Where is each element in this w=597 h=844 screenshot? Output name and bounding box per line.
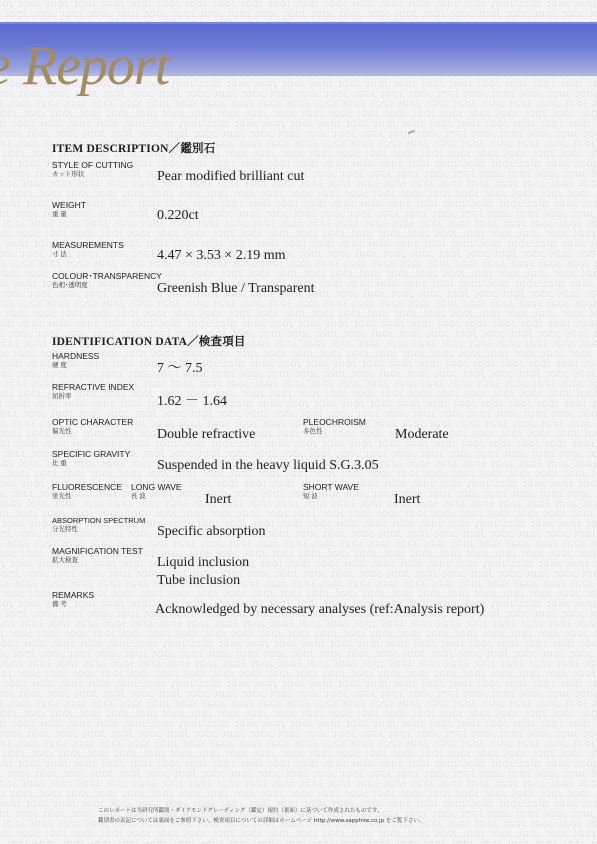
label-jp: 短 波 <box>303 494 359 501</box>
remarks-label: REMARKS 備 考 <box>52 591 94 608</box>
label-en: ABSORPTION SPECTRUM <box>52 516 145 525</box>
style-of-cutting-label: STYLE OF CUTTING カット形状 <box>52 161 133 178</box>
colour-transparency-label: COLOUR･TRANSPARENCY 色相･透明度 <box>52 272 162 289</box>
label-en: PLEOCHROISM <box>303 417 366 427</box>
optic-character-value: Double refractive <box>157 428 255 442</box>
label-en: COLOUR･TRANSPARENCY <box>52 271 162 281</box>
label-jp: 備 考 <box>52 602 94 609</box>
label-en: REFRACTIVE INDEX <box>52 382 134 392</box>
short-wave-label: SHORT WAVE 短 波 <box>303 483 359 500</box>
label-en: STYLE OF CUTTING <box>52 160 133 170</box>
remarks-value: Acknowledged by necessary analyses (ref:… <box>155 603 484 617</box>
label-en: SHORT WAVE <box>303 482 359 492</box>
label-jp: 分光特性 <box>52 527 145 534</box>
colour-transparency-value: Greenish Blue / Transparent <box>157 282 314 296</box>
long-wave-value: Inert <box>205 493 231 507</box>
footer-line-1: このレポートは当研究所鑑別・ダイアモンドグレーディング（鑑定）規約（裏面）に基づ… <box>98 806 424 816</box>
label-en: FLUORESCENCE <box>52 482 122 492</box>
footer-line-2: 鑑別書の表記については裏面をご参照下さい。検査項目についての詳細はホームページ … <box>98 816 424 826</box>
measurements-label: MEASUREMENTS 寸 法 <box>52 241 124 258</box>
label-en: MEASUREMENTS <box>52 240 124 250</box>
label-en: LONG WAVE <box>131 482 182 492</box>
absorption-spectrum-label: ABSORPTION SPECTRUM 分光特性 <box>52 517 145 533</box>
label-en: HARDNESS <box>52 351 99 361</box>
pleochroism-value: Moderate <box>395 428 449 442</box>
label-en: WEIGHT <box>52 200 86 210</box>
label-en: OPTIC CHARACTER <box>52 417 133 427</box>
short-wave-value: Inert <box>394 493 420 507</box>
optic-character-label: OPTIC CHARACTER 偏光性 <box>52 418 133 435</box>
weight-label: WEIGHT 重 量 <box>52 201 86 218</box>
refractive-index-label: REFRACTIVE INDEX 屈折率 <box>52 383 134 400</box>
label-jp: 偏光性 <box>52 429 133 436</box>
label-jp: 蛍光性 <box>52 494 122 501</box>
label-jp: 拡大検査 <box>52 558 143 565</box>
footer-notice: このレポートは当研究所鑑別・ダイアモンドグレーディング（鑑定）規約（裏面）に基づ… <box>98 806 424 826</box>
label-jp: 屈折率 <box>52 394 134 401</box>
label-jp: 硬 度 <box>52 363 99 370</box>
style-of-cutting-value: Pear modified brilliant cut <box>157 170 304 184</box>
label-jp: 多色性 <box>303 429 366 436</box>
hardness-value: 7 〜 7.5 <box>157 362 203 376</box>
specific-gravity-label: SPECIFIC GRAVITY 比 重 <box>52 450 130 467</box>
label-jp: 長 波 <box>131 494 182 501</box>
label-jp: 比 重 <box>52 461 130 468</box>
magnification-test-value-2: Tube inclusion <box>157 574 240 588</box>
magnification-test-value-1: Liquid inclusion <box>157 556 249 570</box>
item-description-heading: ITEM DESCRIPTION／鑑別石 <box>52 140 215 156</box>
hardness-label: HARDNESS 硬 度 <box>52 352 99 369</box>
identification-data-heading: IDENTIFICATION DATA／検査項目 <box>52 333 246 349</box>
specific-gravity-value: Suspended in the heavy liquid S.G.3.05 <box>157 459 379 473</box>
scan-mark <box>408 130 415 134</box>
label-en: REMARKS <box>52 590 94 600</box>
absorption-spectrum-value: Specific absorption <box>157 525 265 539</box>
label-jp: 色相･透明度 <box>52 283 162 290</box>
magnification-test-label: MAGNIFICATION TEST 拡大検査 <box>52 547 143 564</box>
label-jp: 寸 法 <box>52 252 124 259</box>
label-en: SPECIFIC GRAVITY <box>52 449 130 459</box>
weight-value: 0.220ct <box>157 209 199 223</box>
refractive-index-value: 1.62 － 1.64 <box>157 395 227 409</box>
measurements-value: 4.47 × 3.53 × 2.19 mm <box>157 249 286 263</box>
label-en: MAGNIFICATION TEST <box>52 546 143 556</box>
fluorescence-label: FLUORESCENCE 蛍光性 <box>52 483 122 500</box>
long-wave-label: LONG WAVE 長 波 <box>131 483 182 500</box>
pleochroism-label: PLEOCHROISM 多色性 <box>303 418 366 435</box>
report-body: ITEM DESCRIPTION／鑑別石 STYLE OF CUTTING カッ… <box>0 0 597 844</box>
label-jp: 重 量 <box>52 212 86 219</box>
label-jp: カット形状 <box>52 172 133 179</box>
